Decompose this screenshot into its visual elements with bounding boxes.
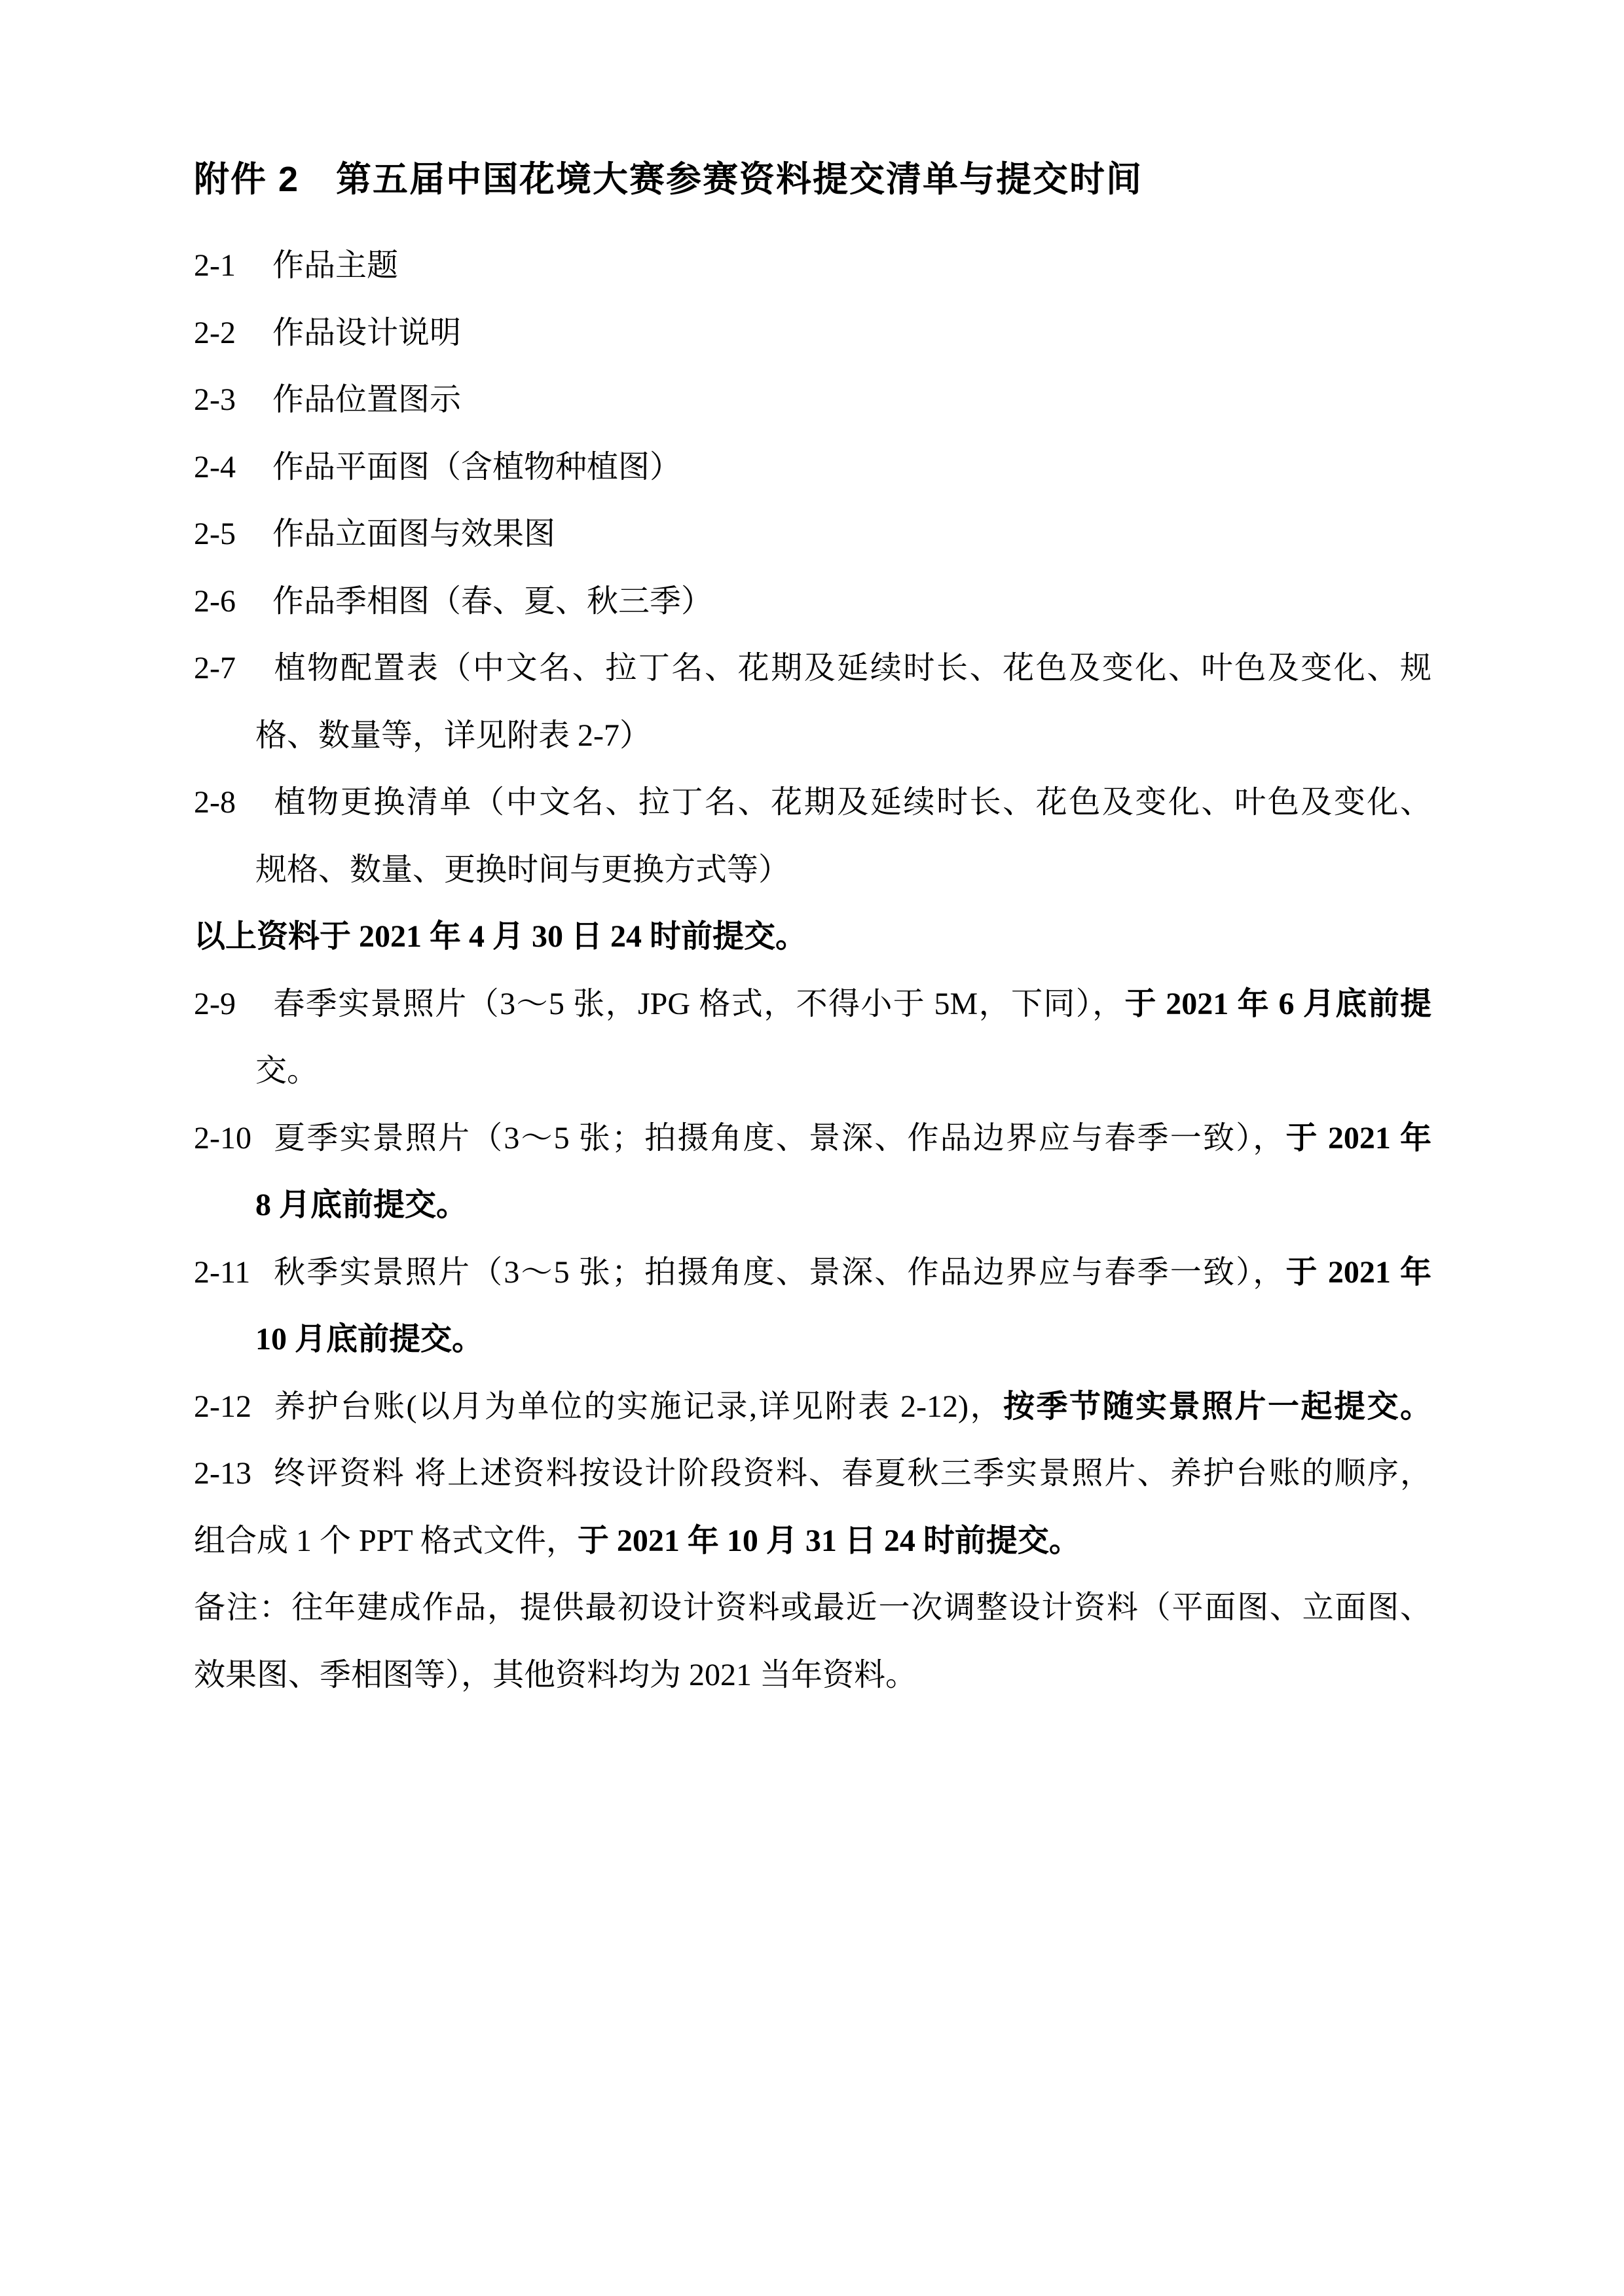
- text-segment: 于 2021 年: [1285, 1121, 1431, 1156]
- item-2-11: 2-11秋季实景照片（3～5 张；拍摄角度、景深、作品边界应与春季一致），于 2…: [194, 1249, 1431, 1296]
- text-segment: 以上资料于 2021 年 4 月 30 日 24 时前提交。: [194, 919, 807, 954]
- text-segment: 作品平面图（含植物种植图）: [272, 450, 681, 484]
- item-2-4: 2-4作品平面图（含植物种植图）: [194, 444, 1431, 491]
- batch1-deadline: 以上资料于 2021 年 4 月 30 日 24 时前提交。: [194, 913, 1431, 960]
- text-segment: 备注：往年建成作品，提供最初设计资料或最近一次调整设计资料（平面图、立面图、: [194, 1590, 1431, 1625]
- item-2-10-continuation: 8 月底前提交。: [255, 1182, 1431, 1229]
- text-segment: 8 月底前提交。: [255, 1188, 468, 1222]
- item-number: 2-9: [194, 981, 272, 1028]
- item-2-6: 2-6作品季相图（春、夏、秋三季）: [194, 578, 1431, 625]
- item-2-13-continuation: 组合成 1 个 PPT 格式文件，于 2021 年 10 月 31 日 24 时…: [194, 1518, 1431, 1565]
- text-segment: 作品季相图（春、夏、秋三季）: [272, 584, 712, 619]
- item-2-12: 2-12养护台账(以月为单位的实施记录,详见附表 2-12)，按季节随实景照片一…: [194, 1383, 1431, 1430]
- item-2-8-continuation: 规格、数量、更换时间与更换方式等）: [255, 847, 1431, 894]
- text-segment: 组合成 1 个 PPT 格式文件，: [194, 1523, 578, 1558]
- item-number: 2-12: [194, 1383, 272, 1430]
- text-segment: 秋季实景照片（3～5 张；拍摄角度、景深、作品边界应与春季一致），: [272, 1255, 1285, 1290]
- text-segment: 规格、数量、更换时间与更换方式等）: [255, 852, 790, 887]
- text-segment: 10 月底前提交。: [255, 1322, 483, 1357]
- item-number: 2-4: [194, 444, 272, 491]
- remark-continuation: 效果图、季相图等），其他资料均为 2021 当年资料。: [194, 1652, 1431, 1699]
- text-segment: 效果图、季相图等），其他资料均为 2021 当年资料。: [194, 1658, 917, 1692]
- remark: 备注：往年建成作品，提供最初设计资料或最近一次调整设计资料（平面图、立面图、: [194, 1584, 1431, 1631]
- item-2-11-continuation: 10 月底前提交。: [255, 1316, 1431, 1363]
- item-number: 2-10: [194, 1115, 272, 1162]
- item-number: 2-1: [194, 242, 272, 289]
- document-page: 附件 2 第五届中国花境大赛参赛资料提交清单与提交时间 2-1作品主题2-2作品…: [0, 0, 1624, 2296]
- item-number: 2-8: [194, 779, 272, 826]
- item-2-1: 2-1作品主题: [194, 242, 1431, 289]
- text-segment: 作品主题: [272, 248, 398, 283]
- text-segment: 交。: [255, 1053, 318, 1088]
- item-2-2: 2-2作品设计说明: [194, 310, 1431, 357]
- text-segment: 按季节随实景照片一起提交。: [1003, 1389, 1431, 1424]
- item-2-13: 2-13终评资料 将上述资料按设计阶段资料、春夏秋三季实景照片、养护台账的顺序，: [194, 1450, 1431, 1497]
- item-2-5: 2-5作品立面图与效果图: [194, 511, 1431, 558]
- text-segment: 植物更换清单（中文名、拉丁名、花期及延续时长、花色及变化、叶色及变化、: [272, 785, 1431, 820]
- item-number: 2-5: [194, 511, 272, 558]
- item-2-7: 2-7植物配置表（中文名、拉丁名、花期及延续时长、花色及变化、叶色及变化、规: [194, 645, 1431, 692]
- text-segment: 终评资料 将上述资料按设计阶段资料、春夏秋三季实景照片、养护台账的顺序，: [272, 1456, 1431, 1491]
- item-2-10: 2-10夏季实景照片（3～5 张；拍摄角度、景深、作品边界应与春季一致），于 2…: [194, 1115, 1431, 1162]
- item-number: 2-7: [194, 645, 272, 692]
- text-segment: 作品设计说明: [272, 316, 461, 350]
- text-segment: 于 2021 年 6 月底前提: [1125, 987, 1431, 1021]
- text-segment: 养护台账(以月为单位的实施记录,详见附表 2-12)，: [272, 1389, 1003, 1424]
- text-segment: 于 2021 年 10 月 31 日 24 时前提交。: [578, 1523, 1080, 1558]
- item-number: 2-13: [194, 1450, 272, 1497]
- text-segment: 植物配置表（中文名、拉丁名、花期及延续时长、花色及变化、叶色及变化、规: [272, 651, 1431, 685]
- item-number: 2-2: [194, 310, 272, 357]
- text-segment: 春季实景照片（3～5 张，JPG 格式，不得小于 5M，下同），: [272, 987, 1125, 1021]
- item-2-7-continuation: 格、数量等，详见附表 2-7）: [255, 712, 1431, 759]
- item-number: 2-6: [194, 578, 272, 625]
- text-segment: 夏季实景照片（3～5 张；拍摄角度、景深、作品边界应与春季一致），: [272, 1121, 1285, 1156]
- item-2-9: 2-9春季实景照片（3～5 张，JPG 格式，不得小于 5M，下同），于 202…: [194, 981, 1431, 1028]
- item-2-9-continuation: 交。: [255, 1048, 1431, 1095]
- text-segment: 格、数量等，详见附表 2-7）: [255, 718, 651, 753]
- text-segment: 作品立面图与效果图: [272, 517, 555, 551]
- item-2-3: 2-3作品位置图示: [194, 376, 1431, 424]
- text-segment: 作品位置图示: [272, 382, 461, 417]
- item-number: 2-3: [194, 376, 272, 424]
- text-segment: 于 2021 年: [1285, 1255, 1431, 1290]
- item-number: 2-11: [194, 1249, 272, 1296]
- page-title: 附件 2 第五届中国花境大赛参赛资料提交清单与提交时间: [194, 156, 1143, 203]
- item-2-8: 2-8植物更换清单（中文名、拉丁名、花期及延续时长、花色及变化、叶色及变化、: [194, 779, 1431, 826]
